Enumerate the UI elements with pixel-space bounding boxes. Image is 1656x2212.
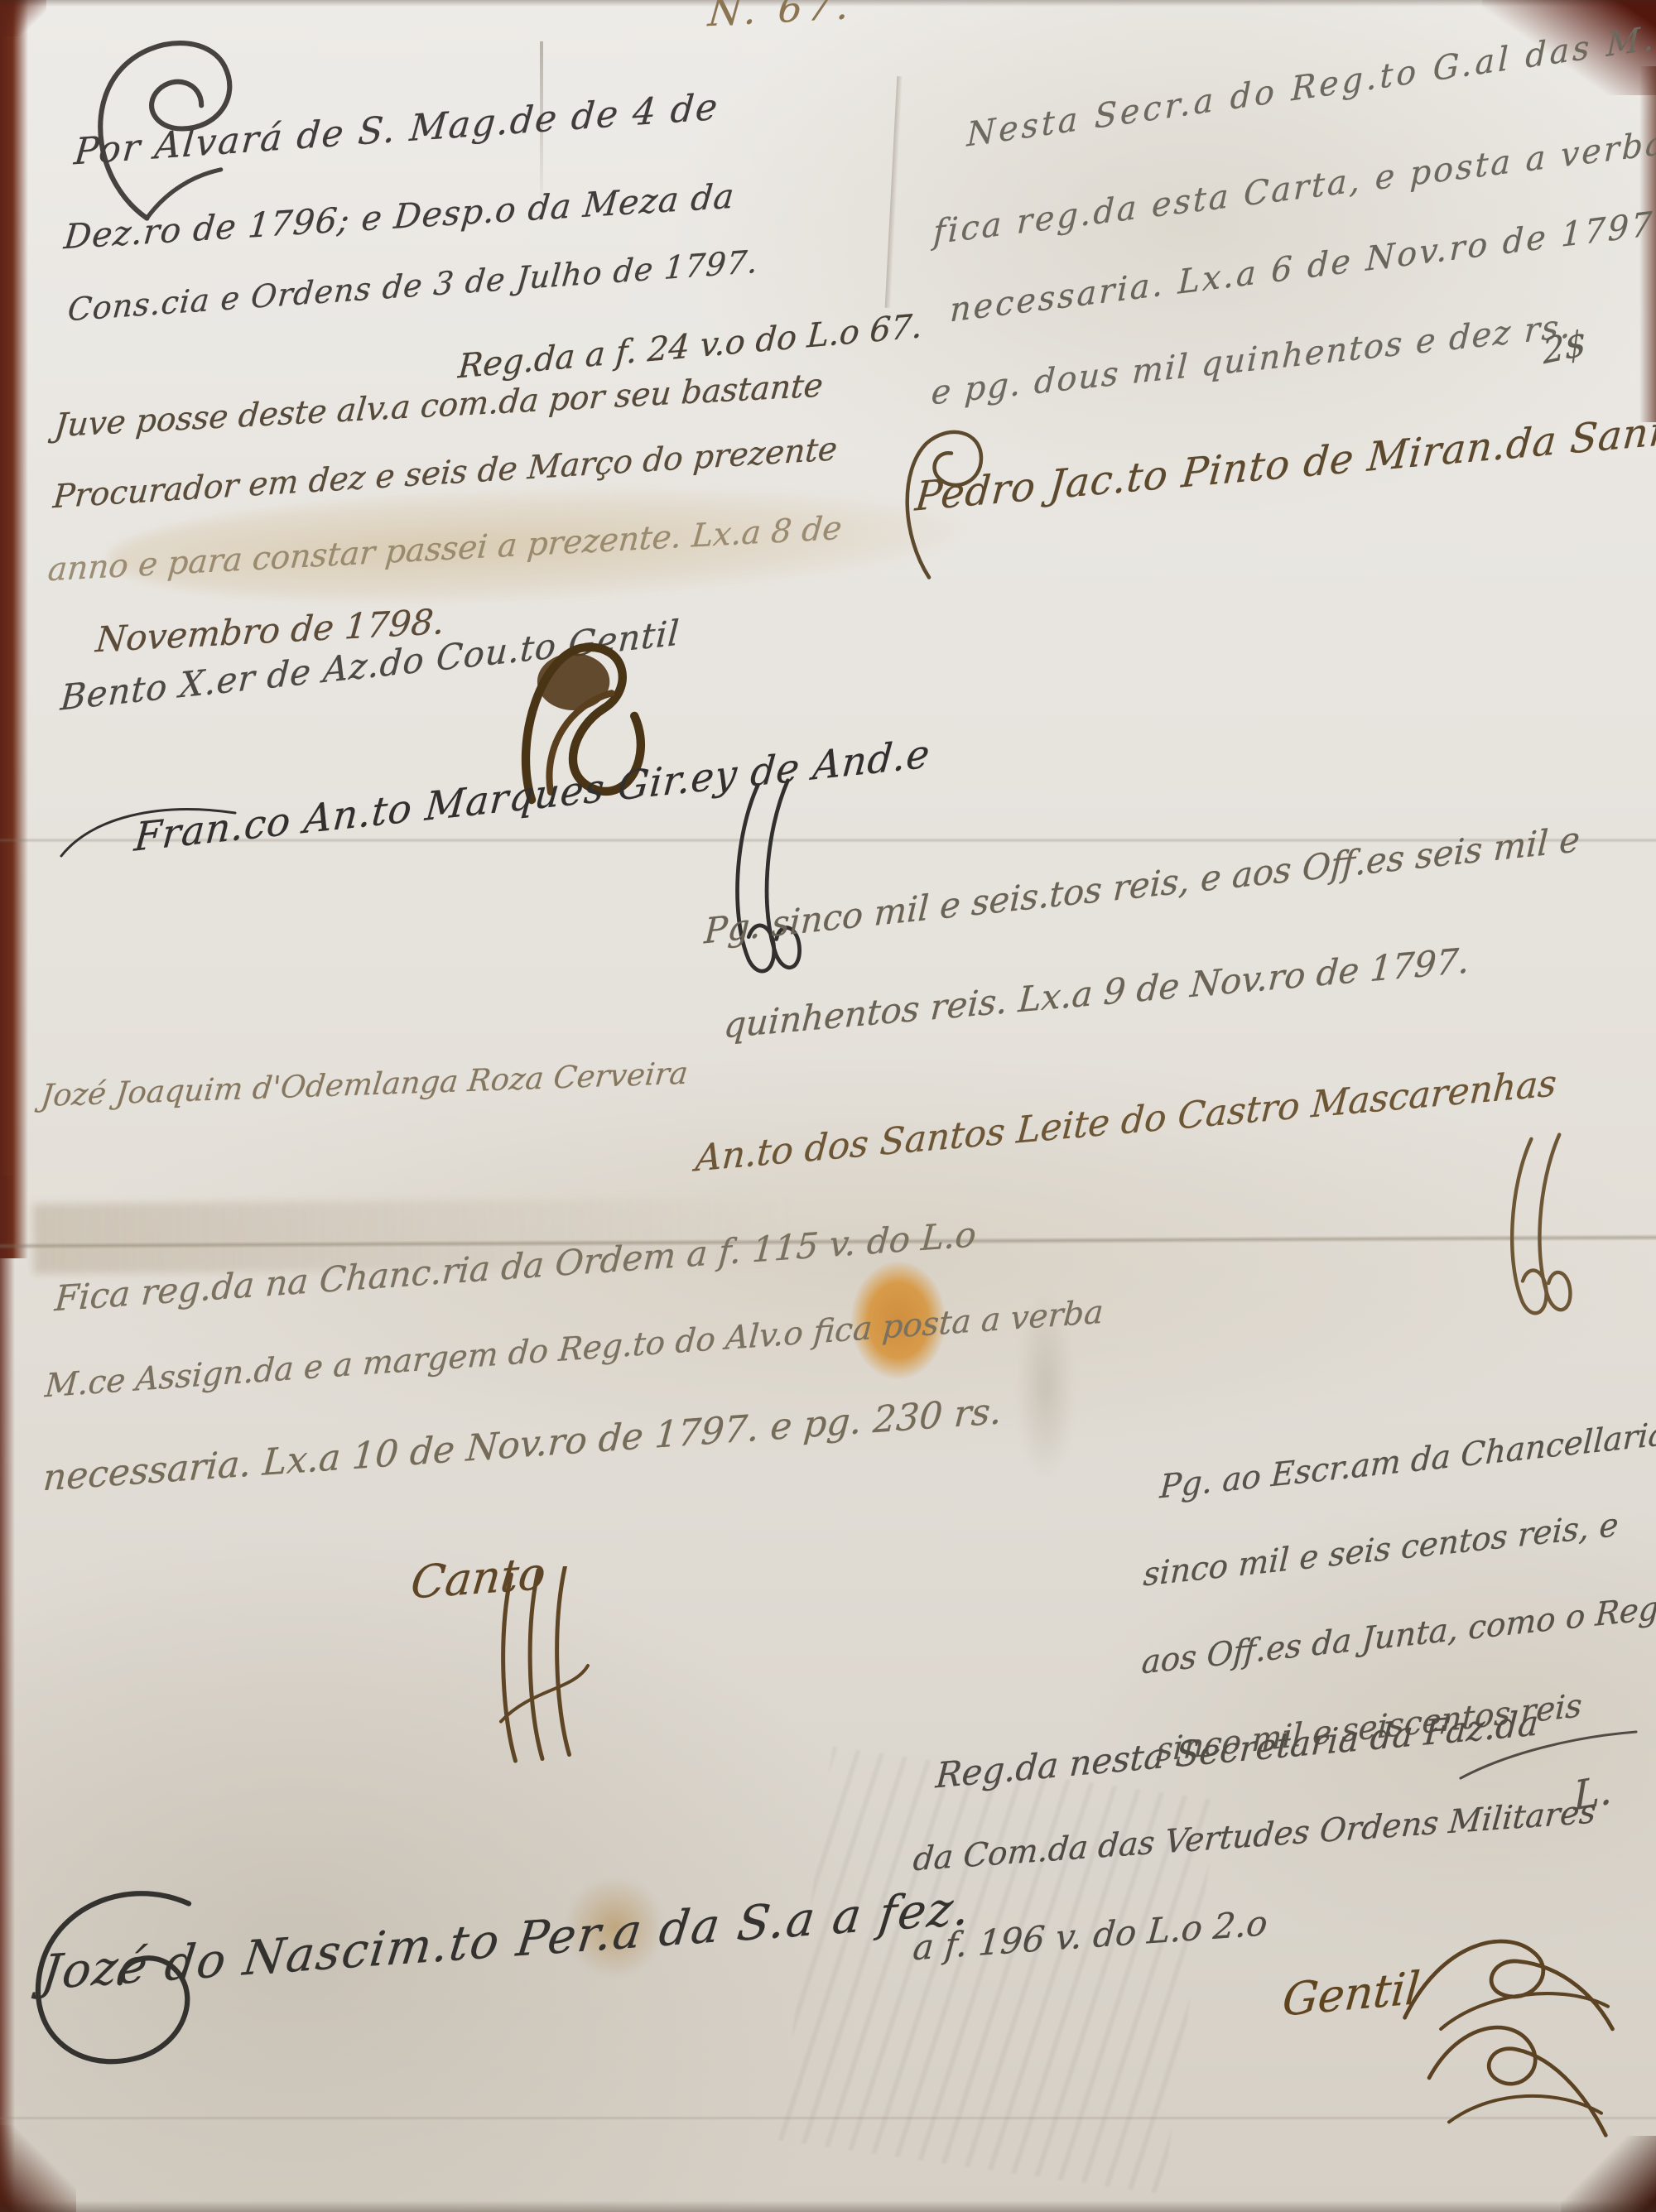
document-number: N. 67. — [706, 0, 855, 35]
fold-crease-vertical-2 — [885, 76, 903, 308]
registry-fee-amount: 2$ — [1542, 322, 1587, 373]
chancellery-fees-line-3: aos Off.es da Junta, como o Reg.o — [1141, 1587, 1656, 1682]
registry-note-line-4: e pg. dous mil quinhentos e dez rs. — [931, 307, 1573, 413]
dark-corner-bottom-left — [0, 2125, 76, 2212]
fees-note-line-1: Pg. sinco mil e seis.tos reis, e aos Off… — [703, 819, 1581, 952]
fees-note-line-2: quinhentos reis. Lx.a 9 de Nov.ro de 179… — [723, 940, 1471, 1046]
chancellery-fees-line-1: Pg. ao Escr.am da Chancellaria — [1159, 1416, 1656, 1507]
possession-note-line-2: Procurador em dez e seis de Março do pre… — [51, 430, 838, 516]
rubric-flourish-santos — [1490, 1126, 1598, 1333]
rubric-flourish-gentil-2 — [1408, 2012, 1623, 2144]
dark-corner-bottom-right — [1561, 2136, 1656, 2212]
signature-gentil: Gentil — [1280, 1962, 1422, 2027]
signature-canto: Canto — [408, 1547, 548, 1609]
signature-scribe-nascimento: Jozé do Nascim.to Per.a da S.a a fez. — [39, 1881, 975, 2001]
chancellery-note-line-1: Fica reg.da na Chanc.ria da Ordem a f. 1… — [54, 1214, 978, 1319]
signature-pedro-miranda: Pedro Jac.to Pinto de Miran.da Sanr.xo — [913, 402, 1656, 520]
chancellery-fees-line-2: sinco mil e seis centos reis, e — [1143, 1507, 1620, 1594]
fold-crease-horizontal-3 — [0, 2116, 1656, 2120]
scratch-streaks — [777, 1747, 1218, 2195]
rubric-flourish-clerk — [714, 778, 830, 985]
faded-name-line: Jozé Joaquim d'Odemlanga Roza Cerveira — [39, 1056, 690, 1113]
shadow-edge-bottom — [0, 2200, 1656, 2212]
chancellery-note-line-3: necessaria. Lx.a 10 de Nov.ro de 1797. e… — [41, 1390, 1003, 1499]
grant-note-line-2: Dez.ro de 1796; e Desp.o da Meza da — [62, 176, 736, 257]
signature-santos-mascarenhas: An.to dos Santos Leite do Castro Mascare… — [694, 1062, 1557, 1180]
dark-corner-top-left — [0, 0, 46, 36]
registry-note-line-1: Nesta Secr.a do Reg.to G.al das M.ce — [966, 12, 1656, 154]
possession-note-line-1: Juve posse deste alv.a com.da por seu ba… — [53, 367, 825, 445]
grant-note-line-3: Cons.cia e Ordens de 3 de Julho de 1797. — [66, 243, 760, 329]
treasury-note-line-2: da Com.da das Vertudes Ordens Militares — [912, 1793, 1597, 1878]
treasury-note-line-1: Reg.da nesta Secretaria da Faz.da — [935, 1702, 1540, 1796]
leather-edge-left-lower — [0, 1176, 15, 2212]
possession-note-line-3: anno e para constar passei a prezente. L… — [46, 510, 843, 589]
rubric-flourish-gentil-1 — [1384, 1921, 1633, 2045]
manuscript-page: N. 67. Por Alvará de S. Mag.de de 4 de D… — [0, 0, 1656, 2212]
leather-edge-left — [0, 0, 28, 1258]
signature-francisco-marques: Fran.co An.to Marques Gir.ey de And.e — [132, 731, 932, 861]
grant-note-line-1: Por Alvará de S. Mag.de de 4 de — [72, 86, 720, 174]
chancellery-note-line-2: M.ce Assign.da e a margem do Reg.to do A… — [44, 1294, 1105, 1406]
